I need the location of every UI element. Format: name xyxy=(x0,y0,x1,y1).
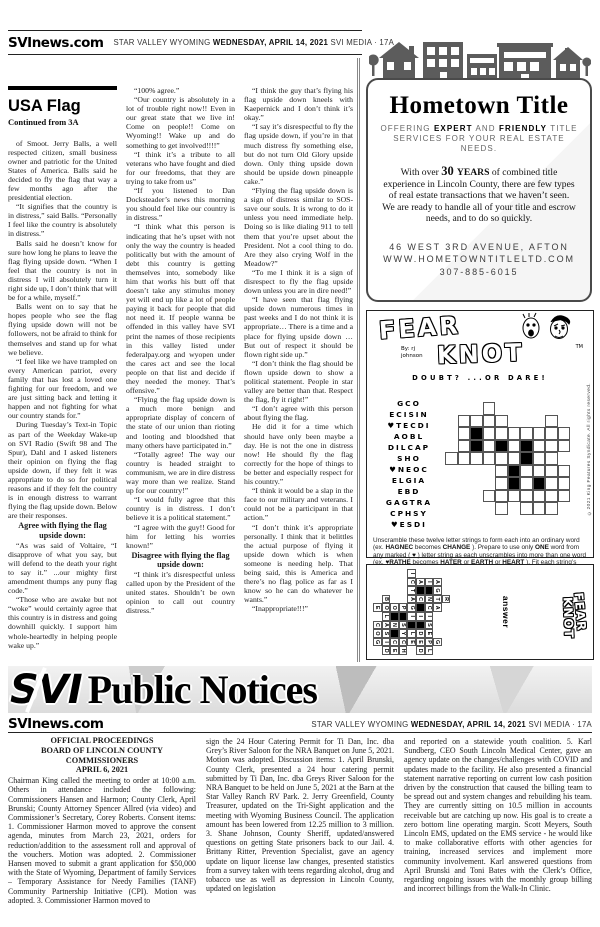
grid-cell: P xyxy=(399,603,408,612)
grid-cell xyxy=(483,490,496,503)
grid-cell xyxy=(495,502,508,515)
fear-logo-text: FEAR xyxy=(378,311,462,345)
grid-cell: I xyxy=(416,612,425,621)
grid-cell xyxy=(545,427,558,440)
grid-cell: L xyxy=(407,629,416,638)
grid-cell xyxy=(495,427,508,440)
newspaper-page: SVInews.com STAR VALLEY WYOMING WEDNESDA… xyxy=(0,0,600,927)
grid-cell: D xyxy=(416,629,425,638)
puzzle-tagline: DOUBT? ...OR DARE! xyxy=(373,374,587,382)
scramble-word: ♥NEOC xyxy=(373,464,445,475)
grid-cell xyxy=(508,452,521,465)
ad-title: Hometown Title xyxy=(368,92,590,120)
grid-cell: P xyxy=(425,638,434,647)
article-paragraph: “100% agree.” xyxy=(126,86,235,95)
text-run: HAGNEC xyxy=(385,544,413,551)
ad-website: WWW.HOMETOWNTITLELTD.COM xyxy=(368,253,590,266)
grid-cell: N xyxy=(425,595,434,604)
grid-cell xyxy=(545,452,558,465)
ad-body-text: With over 30 YEARS of combined title exp… xyxy=(382,166,576,225)
grid-cell xyxy=(416,621,425,630)
knot-logo-text: KNOT xyxy=(437,338,525,369)
hometown-title-ad: Hometown Title OFFERING EXPERT AND FRIEN… xyxy=(366,34,594,304)
scramble-word: ♥TECDI xyxy=(373,420,445,431)
answer-label: answer xyxy=(501,596,511,628)
scramble-word: ELGIA xyxy=(373,475,445,486)
proceedings-text: sign the 24 Hour Catering Permit for Ti … xyxy=(206,737,394,893)
puzzle-copyright: ©2021 King Features Syndicate. All right… xyxy=(587,383,592,515)
grid-cell xyxy=(495,440,508,453)
article-paragraph: “I don’t agree with this person about fl… xyxy=(244,404,353,422)
grid-cell xyxy=(558,465,571,478)
grid-cell: I xyxy=(425,578,434,587)
text-run: 30 xyxy=(441,164,457,178)
grid-cell: G xyxy=(407,603,416,612)
dateline-date: WEDNESDAY, APRIL 14, 2021 xyxy=(411,720,526,729)
article-paragraph: During Tuesday’s Text-in Topic as part o… xyxy=(8,420,117,520)
grid-cell: T xyxy=(433,595,442,604)
public-notices-banner: SVIPublic Notices xyxy=(8,666,592,713)
grid-cell xyxy=(533,465,546,478)
article-paragraph: “I think the guy that’s flying his flag … xyxy=(244,86,353,122)
grid-cell xyxy=(508,465,521,478)
dateline: STAR VALLEY WYOMING WEDNESDAY, APRIL 14,… xyxy=(311,720,592,729)
article-paragraph: “Our country is absolutely in a lot of t… xyxy=(126,95,235,150)
grid-cell xyxy=(416,603,425,612)
grid-cell: A xyxy=(382,621,391,630)
grid-cell: E xyxy=(425,629,434,638)
article-paragraph: “I think it’s a tribute to all veterans … xyxy=(126,150,235,186)
grid-cell xyxy=(545,440,558,453)
word-list: GCOECISIN♥TECDIAOBLDILCAPSHO♥NEOCELGIAEB… xyxy=(373,386,445,530)
column-divider-rule xyxy=(357,58,360,662)
grid-cell xyxy=(495,452,508,465)
grid-cell: C xyxy=(373,621,382,630)
text-run: CHANGE xyxy=(443,544,471,551)
grid-cell xyxy=(533,427,546,440)
fear-knot-puzzle: FEAR KNOT By: rj johnson TM DOU xyxy=(366,310,594,558)
grid-cell: S xyxy=(382,629,391,638)
grid-cell: N xyxy=(390,621,399,630)
grid-cell xyxy=(545,415,558,428)
text-run: FRIENDLY xyxy=(499,124,547,133)
grid-cell: I xyxy=(425,612,434,621)
article-paragraph: “As was said of Voltaire, “I disapprove … xyxy=(8,541,117,596)
text-run: OFFERING xyxy=(380,124,433,133)
response-section-heading: Disagree with flying the flag upside dow… xyxy=(126,551,235,569)
article-paragraph: “Those who are awake but not “woke” woul… xyxy=(8,595,117,650)
article-paragraph: “To me I think it is a sign of disrespec… xyxy=(244,268,353,295)
grid-cell xyxy=(558,440,571,453)
grid-cell xyxy=(508,477,521,490)
grid-cell xyxy=(533,452,546,465)
usa-flag-article: USA Flag Continued from 3A of Smoot. Jer… xyxy=(8,86,354,666)
article-paragraph: “I don’t think it’s appropriate personal… xyxy=(244,523,353,605)
grid-cell xyxy=(407,621,416,630)
grid-cell: O xyxy=(390,603,399,612)
rotated-answer-content: FEAR KNOT answer RAGTAGINCISEPLACIDEDICT… xyxy=(373,568,587,656)
grid-cell xyxy=(495,415,508,428)
grid-cell: C xyxy=(399,638,408,647)
public-notices-label: Public Notices xyxy=(88,667,317,712)
grid-cell: S xyxy=(425,621,434,630)
grid-cell xyxy=(483,427,496,440)
grid-cell xyxy=(520,490,533,503)
puzzle-answer-box: FEAR KNOT answer RAGTAGINCISEPLACIDEDICT… xyxy=(366,564,594,660)
ad-border-box: Hometown Title OFFERING EXPERT AND FRIEN… xyxy=(366,78,592,302)
grid-cell xyxy=(445,452,458,465)
grid-cell: E xyxy=(416,638,425,647)
text-run: AND xyxy=(473,124,499,133)
scramble-word: EBD xyxy=(373,486,445,497)
proceedings-text: and reported on a statewide youth coalit… xyxy=(404,737,592,893)
grid-cell: L xyxy=(382,612,391,621)
article-paragraph: “It signifies that the country is in dis… xyxy=(8,202,117,238)
grid-cell: R xyxy=(442,595,451,604)
grid-cell xyxy=(458,452,471,465)
grid-cell: I xyxy=(382,638,391,647)
text-run: ONE xyxy=(535,544,549,551)
article-paragraph: “I think it’s disrespectful unless calle… xyxy=(126,570,235,615)
grid-cell xyxy=(508,490,521,503)
article-column-body: of Smoot. Jerry Balls, a well respected … xyxy=(8,139,117,650)
grid-cell xyxy=(495,490,508,503)
grid-cell xyxy=(520,477,533,490)
article-paragraph: “Flying the flag upside down is a much m… xyxy=(126,395,235,450)
article-paragraph: “Flying the flag upside down is a sign o… xyxy=(244,186,353,268)
grid-cell xyxy=(558,427,571,440)
grid-cell xyxy=(470,427,483,440)
dateline: STAR VALLEY WYOMING WEDNESDAY, APRIL 14,… xyxy=(113,38,394,47)
response-section-heading: Agree with flying the flag upside down: xyxy=(8,521,117,539)
article-paragraph: “I would fully agree that this country i… xyxy=(126,495,235,522)
trademark-mark: TM xyxy=(576,344,583,350)
text-run: ). Prepare to use only xyxy=(470,544,535,551)
article-column-2: “100% agree.”“Our country is absolutely … xyxy=(126,86,235,666)
grid-cell: A xyxy=(416,578,425,587)
notices-column-2: sign the 24 Hour Catering Permit for Ti … xyxy=(206,736,394,927)
fear-knot-mini-logo: FEAR KNOT xyxy=(561,591,587,633)
grid-cell: G xyxy=(433,638,442,647)
dateline-location: STAR VALLEY WYOMING xyxy=(311,720,410,729)
grid-cell xyxy=(533,490,546,503)
scramble-word: SHO xyxy=(373,453,445,464)
grid-cell: C xyxy=(407,578,416,587)
scramble-word: CPHSY xyxy=(373,508,445,519)
grid-cell: L xyxy=(425,646,434,655)
puzzle-grid xyxy=(445,402,570,530)
ad-contact-block: 46 WEST 3RD AVENUE, AFTON WWW.HOMETOWNTI… xyxy=(368,241,590,279)
grid-cell: S xyxy=(399,621,408,630)
article-headline: USA Flag xyxy=(8,97,117,115)
article-column-3: “I think the guy that’s flying his flag … xyxy=(244,86,353,666)
grid-cell xyxy=(483,452,496,465)
article-column-body: “100% agree.”“Our country is absolutely … xyxy=(126,86,235,615)
grid-cell: E xyxy=(407,638,416,647)
grid-cell: B xyxy=(382,595,391,604)
grid-cell: G xyxy=(373,638,382,647)
grid-cell xyxy=(399,612,408,621)
grid-cell xyxy=(483,402,496,415)
grid-cell xyxy=(425,586,434,595)
article-paragraph: of Smoot. Jerry Balls, a well respected … xyxy=(8,139,117,203)
article-paragraph: “I have seen that flag flying upside dow… xyxy=(244,295,353,359)
grid-cell: C xyxy=(425,603,434,612)
scramble-word: DILCAP xyxy=(373,442,445,453)
grid-cell xyxy=(458,427,471,440)
grid-cell: A xyxy=(433,578,442,587)
grid-cell: A xyxy=(407,595,416,604)
scramble-word: GCO xyxy=(373,398,445,409)
grid-cell xyxy=(483,440,496,453)
grid-cell: D xyxy=(382,646,391,655)
grid-cell xyxy=(508,440,521,453)
article-paragraph: “I think it would be a slap in the face … xyxy=(244,486,353,522)
grid-cell: D xyxy=(416,646,425,655)
article-column-1: USA Flag Continued from 3A of Smoot. Jer… xyxy=(8,86,117,666)
cartoon-faces-icon xyxy=(515,312,577,344)
fear-knot-logo: FEAR KNOT By: rj johnson TM xyxy=(373,314,587,370)
grid-cell: G xyxy=(433,586,442,595)
article-paragraph: “I don’t think the flag should be flown … xyxy=(244,359,353,404)
grid-cell xyxy=(520,440,533,453)
proceedings-heading-line: OFFICIAL PROCEEDINGS xyxy=(8,736,196,746)
grid-cell: A xyxy=(433,603,442,612)
grid-cell: I xyxy=(407,569,416,578)
article-paragraph: “Inappropriate!!!” xyxy=(244,604,353,613)
proceedings-heading-line: BOARD OF LINCOLN COUNTY COMMISSIONERS xyxy=(8,746,196,766)
article-paragraph: “If you listened to Dan Docksteader’s ne… xyxy=(126,186,235,222)
grid-cell xyxy=(495,465,508,478)
grid-cell xyxy=(495,477,508,490)
ad-address: 46 WEST 3RD AVENUE, AFTON xyxy=(368,241,590,254)
grid-cell: Y xyxy=(399,629,408,638)
ad-subtitle: OFFERING EXPERT AND FRIENDLY TITLE SERVI… xyxy=(376,124,582,154)
dateline-location: STAR VALLEY WYOMING xyxy=(113,38,212,47)
article-paragraph: He did it for a time which should have o… xyxy=(244,422,353,486)
dateline-media: SVI MEDIA · 17A xyxy=(526,720,592,729)
grid-cell xyxy=(458,440,471,453)
grid-cell xyxy=(470,452,483,465)
grid-cell xyxy=(533,502,546,515)
puzzle-body: GCOECISIN♥TECDIAOBLDILCAPSHO♥NEOCELGIAEB… xyxy=(373,386,587,530)
grid-cell: H xyxy=(399,646,408,655)
grid-cell xyxy=(533,477,546,490)
scramble-word: GAGTRA xyxy=(373,497,445,508)
grid-cell: I xyxy=(407,612,416,621)
grid-cell xyxy=(483,415,496,428)
article-paragraph: “I feel like we have trampled on every A… xyxy=(8,357,117,421)
article-paragraph: “I think what this person is indicating … xyxy=(126,222,235,395)
dateline-date: WEDNESDAY, APRIL 14, 2021 xyxy=(213,38,328,47)
grid-cell xyxy=(520,465,533,478)
grid-cell xyxy=(416,586,425,595)
grid-cell: T xyxy=(407,586,416,595)
grid-cell: E xyxy=(390,646,399,655)
headline-rule xyxy=(8,86,117,90)
grid-cell xyxy=(520,502,533,515)
text-run: EXPERT xyxy=(434,124,473,133)
grid-cell xyxy=(545,502,558,515)
notices-column-3: and reported on a statewide youth coalit… xyxy=(404,736,592,927)
grid-cell xyxy=(458,415,471,428)
article-column-body: “I think the guy that’s flying his flag … xyxy=(244,86,353,613)
grid-cell xyxy=(533,440,546,453)
grid-cell xyxy=(390,612,399,621)
grid-cell: O xyxy=(382,603,391,612)
public-notices-banner-text: SVIPublic Notices xyxy=(8,668,317,712)
grid-cell xyxy=(558,490,571,503)
answer-grid: RAGTAGINCISEPLACIDEDICTAGILEPSYCHONCEBOL… xyxy=(373,569,450,655)
scramble-word: ECISIN xyxy=(373,409,445,420)
svi-banner-logo: SVI xyxy=(10,668,82,712)
official-proceedings-section: OFFICIAL PROCEEDINGS BOARD OF LINCOLN CO… xyxy=(8,736,592,927)
grid-cell xyxy=(470,440,483,453)
article-paragraph: Balls went on to say that he hopes peopl… xyxy=(8,302,117,357)
grid-cell xyxy=(545,490,558,503)
grid-cell xyxy=(545,477,558,490)
masthead-bottom: SVInews.com STAR VALLEY WYOMING WEDNESDA… xyxy=(8,716,592,733)
grid-cell xyxy=(520,427,533,440)
grid-cell xyxy=(558,477,571,490)
scramble-word: AOBL xyxy=(373,431,445,442)
proceedings-text: Chairman King called the meeting to orde… xyxy=(8,776,196,905)
grid-cell xyxy=(470,415,483,428)
text-run: With over xyxy=(401,167,442,178)
grid-cell: E xyxy=(373,603,382,612)
grid-cell xyxy=(545,465,558,478)
grid-cell: O xyxy=(373,629,382,638)
svi-news-logo: SVInews.com xyxy=(8,716,103,732)
masthead-top: SVInews.com STAR VALLEY WYOMING WEDNESDA… xyxy=(8,30,362,55)
proceedings-heading-line: APRIL 6, 2021 xyxy=(8,765,196,775)
article-paragraph: “Totally agree! The way our country is h… xyxy=(126,450,235,495)
continued-from-note: Continued from 3A xyxy=(8,117,117,127)
grid-cell: C xyxy=(416,595,425,604)
article-paragraph: “I agree with the guy!! Good for him for… xyxy=(126,523,235,550)
text-run: becomes xyxy=(413,544,442,551)
scramble-word: ♥ESDI xyxy=(373,519,445,530)
article-paragraph: Balls said he doesn’t know for sure how … xyxy=(8,239,117,303)
svi-news-logo: SVInews.com xyxy=(8,35,103,51)
article-paragraph: “I say it’s disrespectful to fly the fla… xyxy=(244,122,353,186)
puzzle-byline: By: rj johnson xyxy=(401,346,431,359)
ad-phone: 307-885-6015 xyxy=(368,266,590,279)
grid-cell xyxy=(508,427,521,440)
text-run: YEARS xyxy=(457,167,490,178)
notices-column-1: OFFICIAL PROCEEDINGS BOARD OF LINCOLN CO… xyxy=(8,736,196,927)
grid-cell xyxy=(520,452,533,465)
grid-cell: C xyxy=(390,638,399,647)
grid-cell xyxy=(390,629,399,638)
